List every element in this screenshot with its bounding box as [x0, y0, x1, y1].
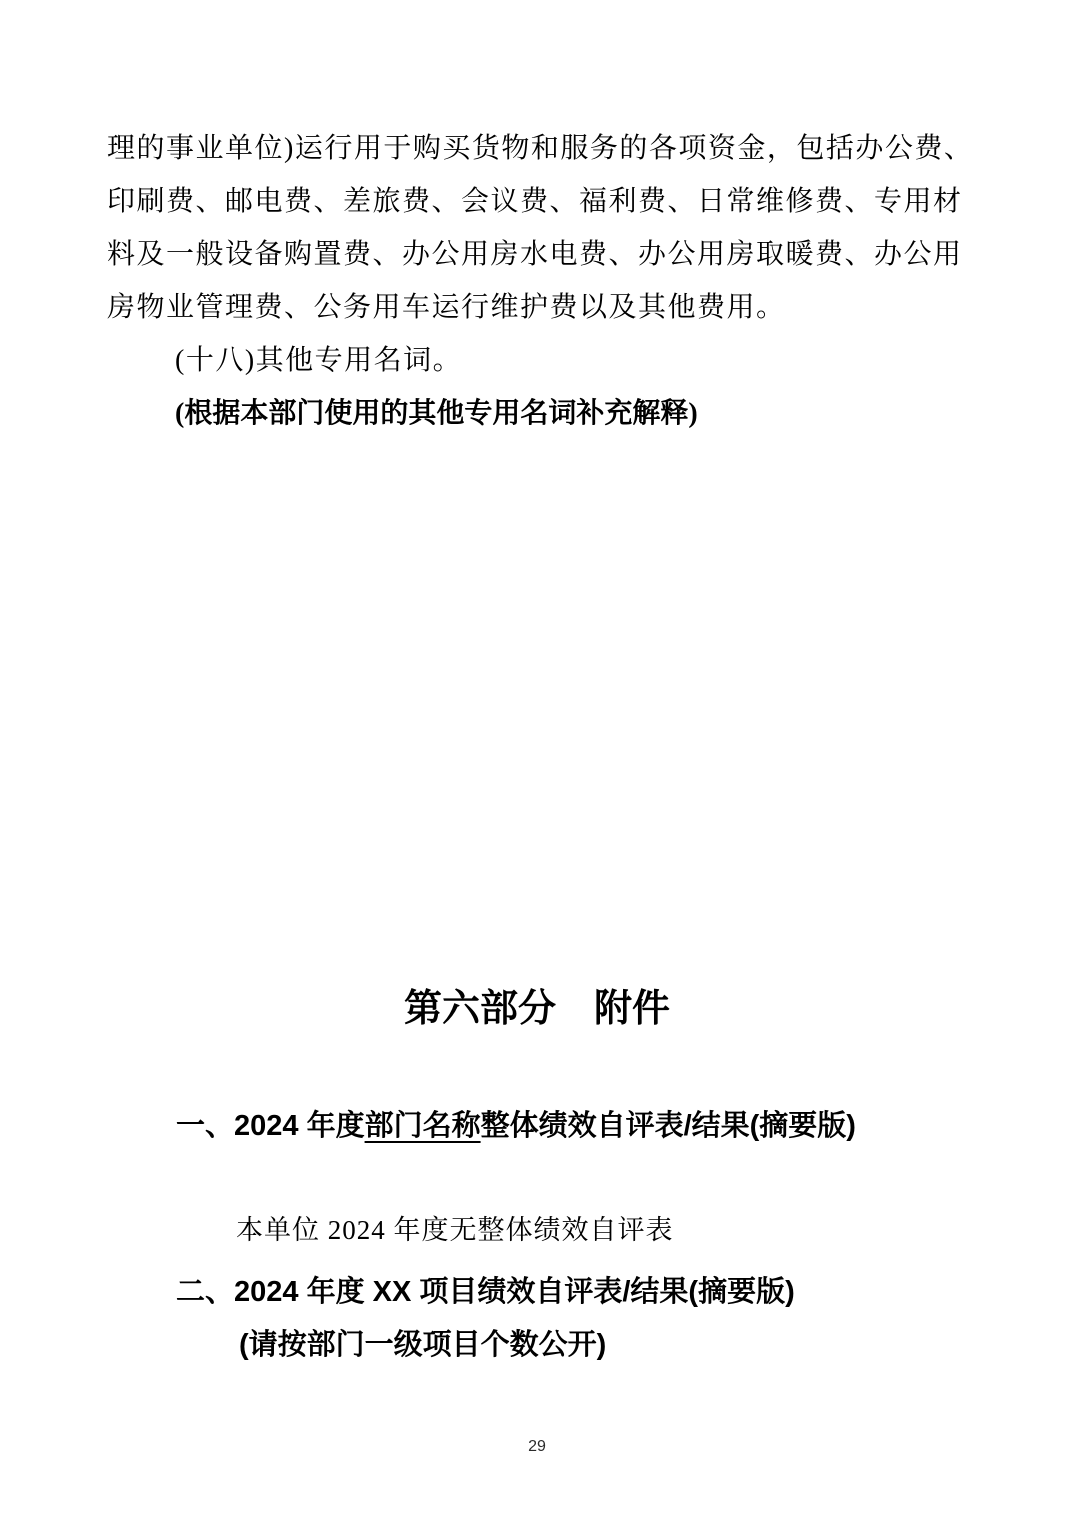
clause-eighteen-line: (十八)其他专用名词。 [175, 334, 462, 387]
paragraph-line: 印刷费、邮电费、差旅费、会议费、福利费、日常维修费、专用材 [107, 175, 961, 228]
attachment-item-2: 二、2024 年度 XX 项目绩效自评表/结果(摘要版) [176, 1270, 795, 1314]
section-heading: 第六部分 附件 [0, 983, 1074, 1035]
attachment-2-note: (请按部门一级项目个数公开) [239, 1323, 606, 1367]
paragraph-line: 料及一般设备购置费、办公用房水电费、办公用房取暖费、办公用 [107, 228, 961, 281]
attachment-1-note: 本单位 2024 年度无整体绩效自评表 [236, 1210, 674, 1250]
document-page: 理的事业单位)运行用于购买货物和服务的各项资金，包括办公费、 印刷费、邮电费、差… [0, 0, 1074, 1520]
attachment-item-1-suffix: 整体绩效自评表/结果(摘要版) [481, 1110, 856, 1142]
attachment-item-1-prefix: 一、2024 年度 [176, 1110, 365, 1142]
department-name-placeholder: 部门名称 [365, 1110, 481, 1142]
paragraph-line: 房物业管理费、公务用车运行维护费以及其他费用。 [107, 281, 961, 334]
paragraph-line: 理的事业单位)运行用于购买货物和服务的各项资金，包括办公费、 [107, 122, 961, 175]
supplement-explanation-note: (根据本部门使用的其他专用名词补充解释) [175, 387, 698, 440]
page-number: 29 [0, 1437, 1074, 1457]
body-paragraph: 理的事业单位)运行用于购买货物和服务的各项资金，包括办公费、 印刷费、邮电费、差… [107, 122, 961, 334]
attachment-item-1: 一、2024 年度部门名称整体绩效自评表/结果(摘要版) [176, 1104, 856, 1148]
